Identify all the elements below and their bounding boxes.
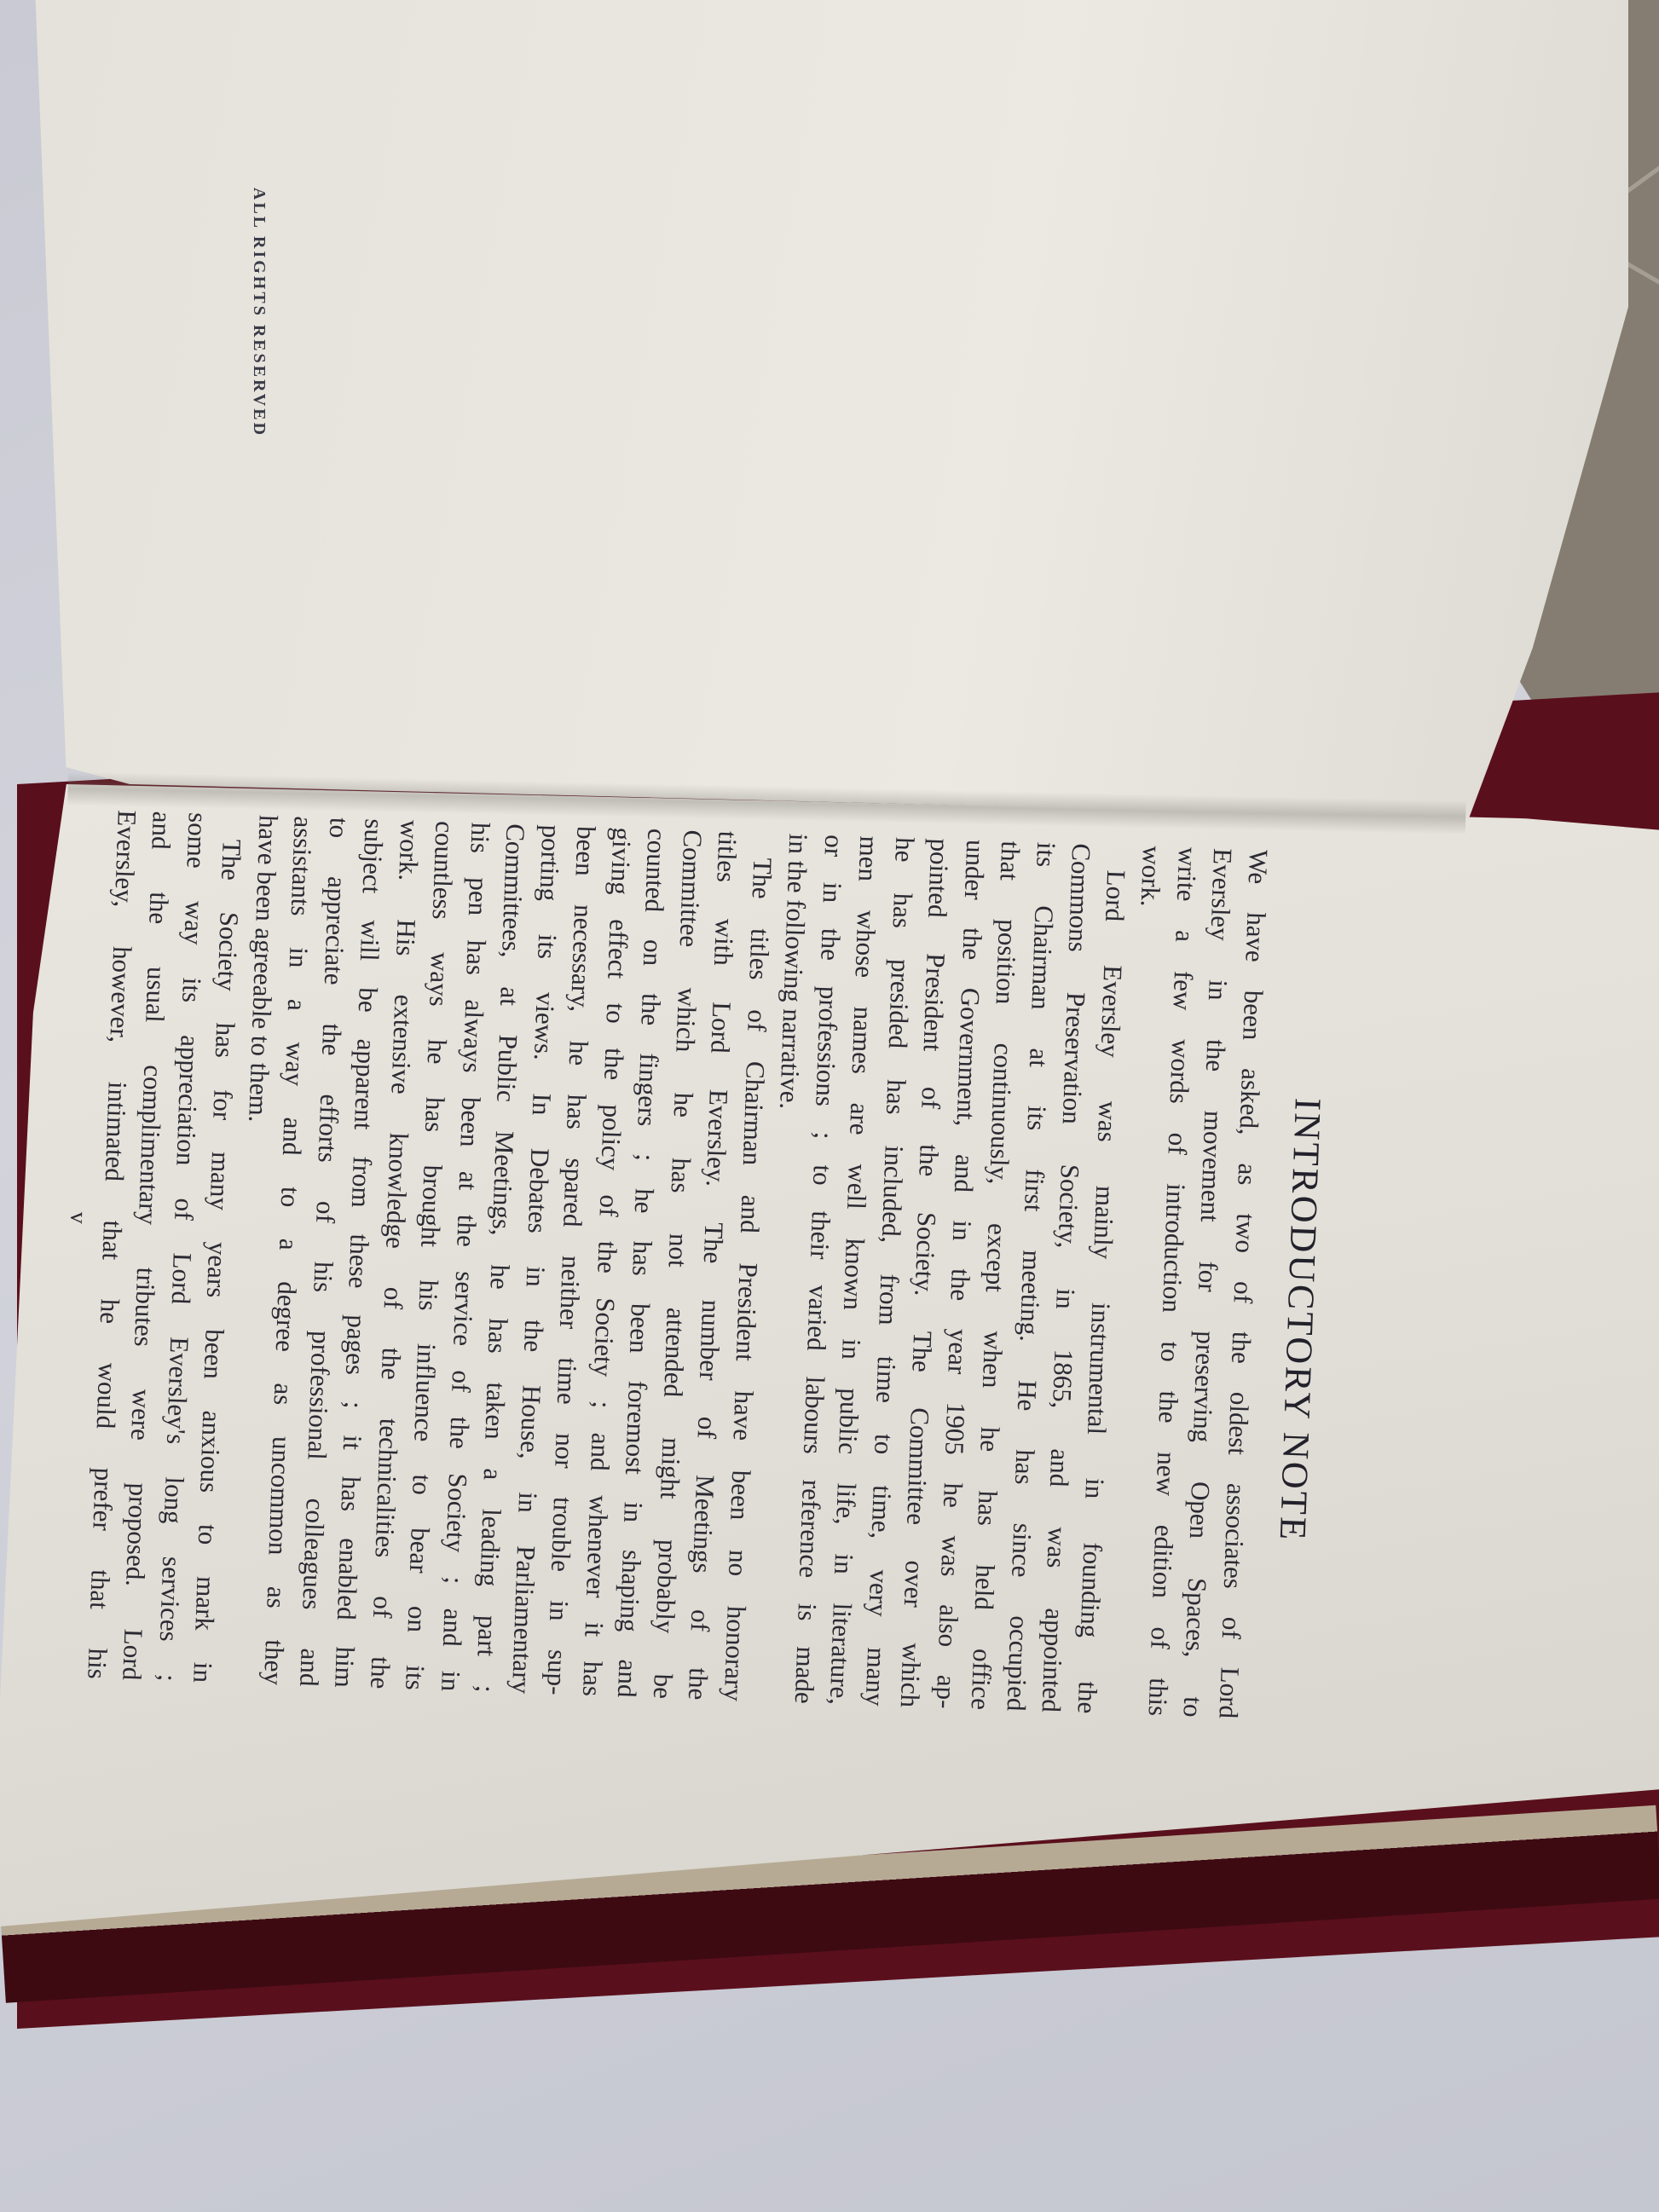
rights-reserved-notice: ALL RIGHTS RESERVED	[249, 188, 269, 437]
introductory-note: INTRODUCTORY NOTE We have been asked, as…	[49, 808, 1338, 1721]
note-body: We have been asked, as two of the oldest…	[79, 810, 1276, 1719]
verso-page	[34, 0, 1628, 818]
